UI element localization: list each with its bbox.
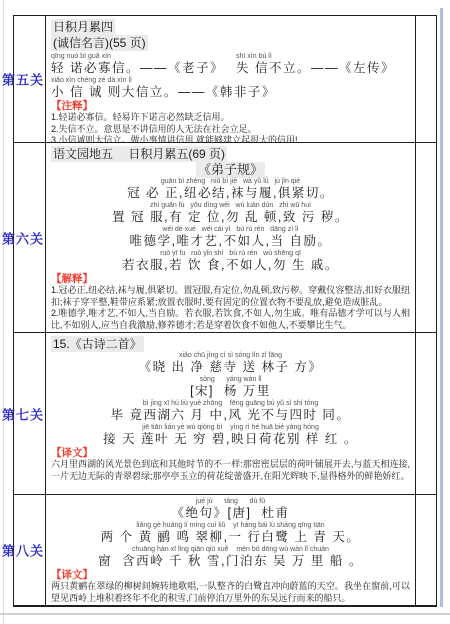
page-bottom-divider-line bbox=[0, 613, 450, 615]
gate7-label-cell: 第七关 bbox=[14, 333, 46, 494]
poem2-line-2: chuāng hán xī lǐng qiān qiū xuě mén bó d… bbox=[51, 546, 410, 568]
poem2-title-pinyin: jué jù táng dù fǔ bbox=[51, 498, 410, 506]
worksheet-table: 第五关 日积月累四 (诚信名言)(55 页) qīng nuò bì guǎ x… bbox=[13, 15, 437, 607]
gate5-quote-line1: qīng nuò bì guǎ xìn 轻 诺必寡信。——《老子》 shī xì… bbox=[51, 53, 410, 75]
gate6-note-header: 【解释】 bbox=[51, 273, 410, 285]
gate6-content: 语文园地五 日积月累五(69 页) 《弟子规》 guān bì zhèng ni… bbox=[46, 143, 415, 332]
gate7-empty-score-cell bbox=[415, 333, 436, 494]
quote-zuozhuan: shī xìn bù lì 失 信不立。——《左传》 bbox=[236, 53, 410, 75]
gate5-label: 第五关 bbox=[2, 70, 44, 89]
poem2-title: 《绝句》[唐] 杜甫 bbox=[51, 506, 410, 520]
gate6-empty-score-cell bbox=[415, 143, 436, 332]
poem1-title-block: xiǎo chū jìng cí sì sòng lín zǐ fāng 《晓 … bbox=[51, 352, 410, 374]
dizigui-verse-4: ruò yī fu ruò yǐn shí bù rú rén wù shēng… bbox=[51, 250, 410, 272]
quote-hanfeizi-pinyin: xiǎo xìn chéng zé dà xìn lì bbox=[51, 77, 410, 85]
gate5-subheader: (诚信名言)(55 页) bbox=[51, 35, 410, 51]
section-row-gate6: 第六关 语文园地五 日积月累五(69 页) 《弟子规》 guān bì zhèn… bbox=[14, 143, 436, 333]
worksheet-page: 第五关 日积月累四 (诚信名言)(55 页) qīng nuò bì guǎ x… bbox=[0, 0, 450, 624]
gate7-content: 15.《古诗二首》 xiǎo chū jìng cí sì sòng lín z… bbox=[46, 333, 415, 494]
poem2-title-block: jué jù táng dù fǔ 《绝句》[唐] 杜甫 bbox=[51, 498, 410, 520]
quote-zuozhuan-text: 失 信不立。——《左传》 bbox=[236, 61, 410, 75]
gate7-note-header: 【译文】 bbox=[51, 447, 410, 459]
gate5-note-1: 1.轻诺必寡信。轻易许下诺言必然缺乏信用。 bbox=[51, 112, 410, 124]
gate5-note-header: 【注释】 bbox=[51, 100, 410, 112]
quote-laozi: qīng nuò bì guǎ xìn 轻 诺必寡信。——《老子》 bbox=[51, 53, 236, 75]
gate7-header: 15.《古诗二首》 bbox=[51, 336, 410, 352]
poem2-line-1: liǎng gè huáng lí míng cuì liǔ yī háng b… bbox=[51, 522, 410, 544]
gate6-note-2: 2.唯德学,唯才艺,不如人,当自励。若衣服,若饮食,不如人,勿生戚。唯有品德才学… bbox=[51, 308, 410, 331]
gate5-note-2: 2.失信不立。意思是不讲信用的人无法在社会立足。 bbox=[51, 124, 410, 136]
section-row-gate5: 第五关 日积月累四 (诚信名言)(55 页) qīng nuò bì guǎ x… bbox=[14, 16, 436, 143]
dizigui-verse-1: guān bì zhèng niǔ bì jié wà yǔ lǚ jù jǐn… bbox=[51, 178, 410, 200]
gate8-content: jué jù táng dù fǔ 《绝句》[唐] 杜甫 liǎng gè hu… bbox=[46, 495, 415, 605]
gate8-note-header: 【译文】 bbox=[51, 569, 410, 581]
gate6-label: 第六关 bbox=[2, 228, 44, 247]
gate5-empty-score-cell bbox=[415, 16, 436, 142]
poem1-title-pinyin: xiǎo chū jìng cí sì sòng lín zǐ fāng bbox=[51, 352, 410, 360]
gate7-label: 第七关 bbox=[2, 404, 44, 423]
quote-hanfeizi-text: 小 信 诚 则大信立。——《韩非子》 bbox=[51, 85, 410, 99]
dizigui-verse-3: wéi dé xué wéi cái yì bù rú rén dāng zì … bbox=[51, 226, 410, 248]
gate5-content: 日积月累四 (诚信名言)(55 页) qīng nuò bì guǎ xìn 轻… bbox=[46, 16, 415, 142]
gate5-header: 日积月累四 bbox=[51, 19, 410, 35]
poem1-author: [宋] 杨 万里 bbox=[51, 384, 410, 398]
page-left-edge-line bbox=[3, 0, 4, 624]
section-row-gate7: 第七关 15.《古诗二首》 xiǎo chū jìng cí sì sòng l… bbox=[14, 333, 436, 495]
gate8-empty-score-cell bbox=[415, 495, 436, 605]
dizigui-title: 《弟子规》 bbox=[51, 162, 410, 178]
dizigui-verse-2: zhì guān fú yǒu dìng wèi wù luàn dùn zhì… bbox=[51, 202, 410, 224]
gate8-translation: 两只黄鹂在翠绿的柳树间婉转地歌唱,一队整齐的白鹭直冲向蔚蓝的天空。我坐在窗前,可… bbox=[51, 581, 410, 604]
gate6-header: 语文园地五 日积月累五(69 页) bbox=[51, 146, 410, 162]
poem1-line-2: jiē tiān lián yè wú qióng bì yìng rì hé … bbox=[51, 424, 410, 446]
gate5-label-cell: 第五关 bbox=[14, 16, 46, 142]
poem1-author-pinyin: sòng yáng wàn lǐ bbox=[51, 376, 410, 384]
poem1-author-block: sòng yáng wàn lǐ [宋] 杨 万里 bbox=[51, 376, 410, 398]
quote-laozi-text: 轻 诺必寡信。——《老子》 bbox=[51, 61, 236, 75]
section-row-gate8: 第八关 jué jù táng dù fǔ 《绝句》[唐] 杜甫 liǎng g… bbox=[14, 495, 436, 605]
gate8-label: 第八关 bbox=[2, 541, 44, 560]
quote-zuozhuan-pinyin: shī xìn bù lì bbox=[236, 53, 410, 61]
gate8-label-cell: 第八关 bbox=[14, 495, 46, 605]
quote-laozi-pinyin: qīng nuò bì guǎ xìn bbox=[51, 53, 236, 61]
gate6-label-cell: 第六关 bbox=[14, 143, 46, 332]
gate7-translation: 六月里西湖的风光景色到底和其他时节的不一样:那密密层层的荷叶铺展开去,与蓝天相连… bbox=[51, 459, 410, 482]
gate6-note-1: 1.冠必正,纽必结,袜与履,俱紧切。置冠服,有定位,勿乱顿,致污秽。穿戴仪容整洁… bbox=[51, 285, 410, 308]
gate5-note-3: 3.小信诚则大信立。做小事情讲信用,就能够建立起很大的信用! bbox=[51, 135, 410, 142]
page-right-edge-line bbox=[440, 8, 443, 607]
gate5-quote-line2: xiǎo xìn chéng zé dà xìn lì 小 信 诚 则大信立。—… bbox=[51, 77, 410, 99]
poem1-title: 《晓 出 净 慈寺 送 林子 方》 bbox=[51, 360, 410, 374]
poem1-line-1: bì jìng xī hú liù yuè zhōng fēng guāng b… bbox=[51, 400, 410, 422]
